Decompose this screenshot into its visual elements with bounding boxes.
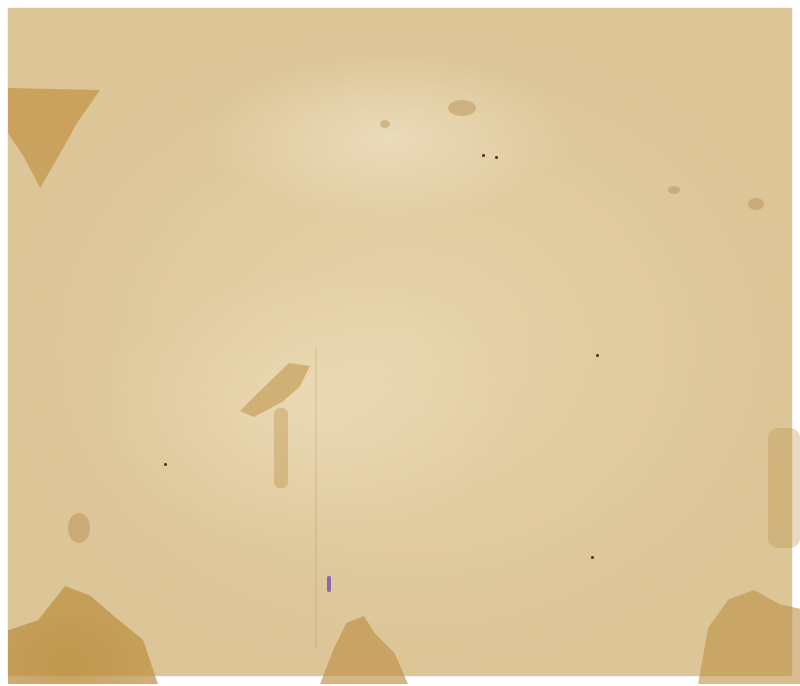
- stain-bottom-left: [8, 586, 158, 684]
- ink-mark: [327, 576, 331, 592]
- stain-spot: [68, 513, 90, 543]
- fold-crease: [315, 348, 317, 648]
- aged-paper-sheet: [8, 8, 792, 676]
- stain-spot: [448, 100, 476, 116]
- speck: [495, 156, 498, 159]
- speck: [482, 154, 485, 157]
- stain-right-edge: [768, 428, 800, 548]
- stain-spot: [668, 186, 680, 194]
- stain-bottom-right: [698, 590, 800, 684]
- speck: [164, 463, 167, 466]
- speck: [591, 556, 594, 559]
- stain-spot: [380, 120, 390, 128]
- stain-drip: [274, 408, 288, 488]
- stain-bottom-center: [320, 616, 408, 684]
- stain-spot: [748, 198, 764, 210]
- speck: [596, 354, 599, 357]
- stain-top-left: [8, 88, 100, 188]
